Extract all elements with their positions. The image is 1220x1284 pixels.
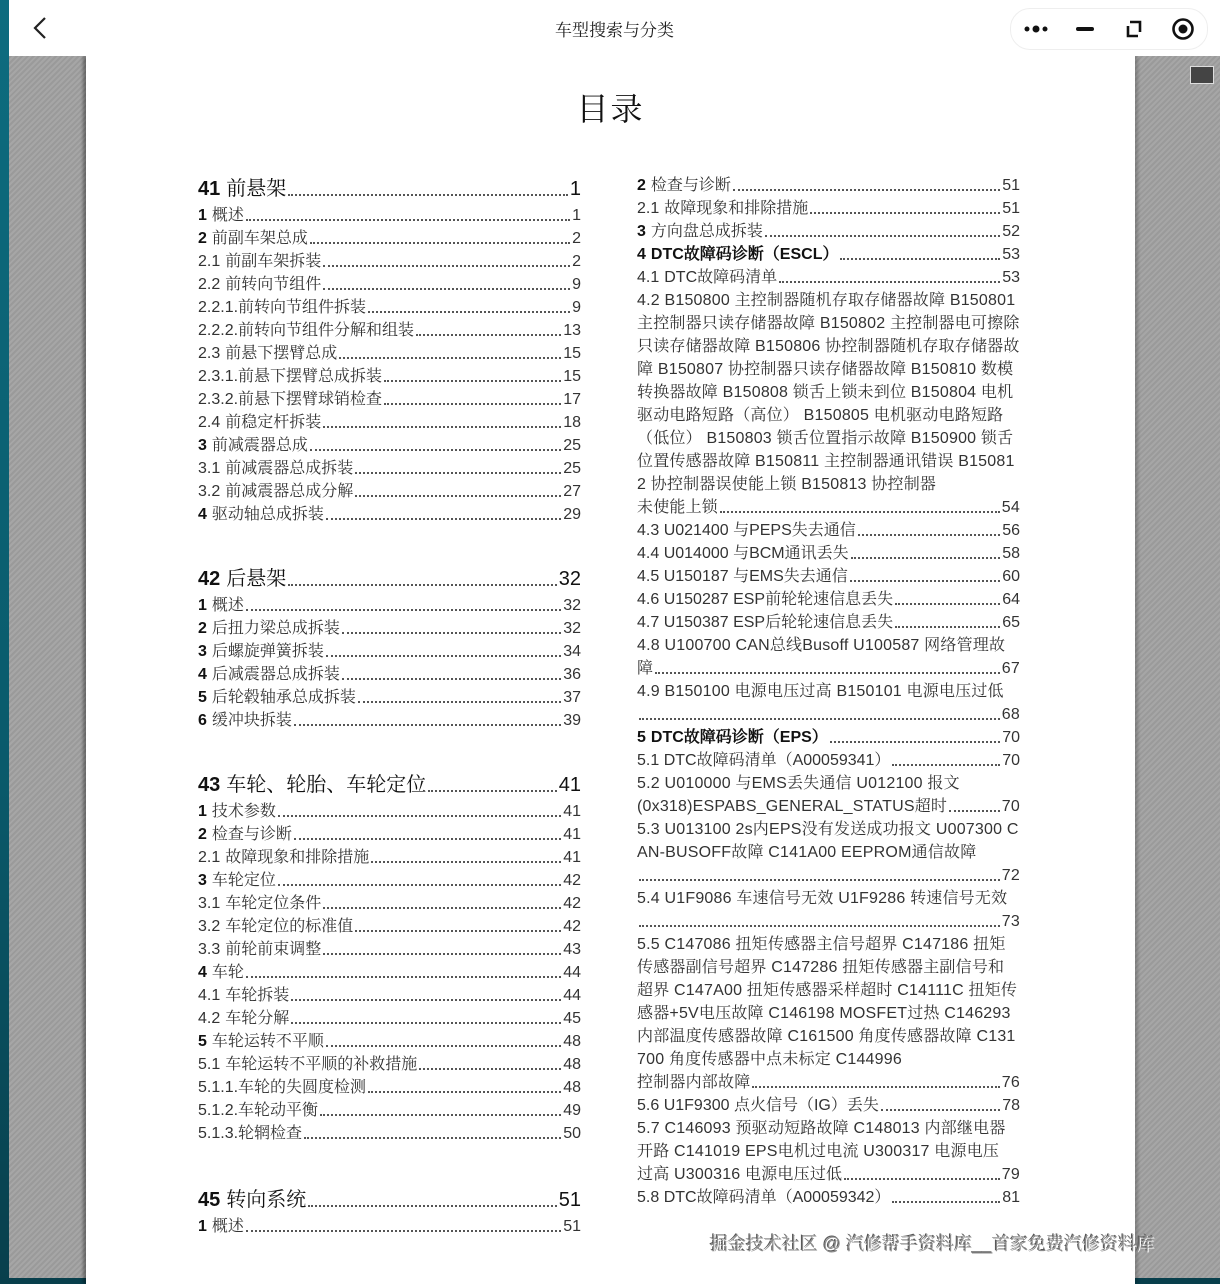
toc-entry[interactable]: 2检查与诊断51 — [637, 174, 1020, 197]
toc-entry[interactable]: 2.2前转向节组件9 — [198, 273, 581, 296]
toc-entry[interactable]: 4车轮44 — [198, 961, 581, 984]
toc-entry[interactable]: 5.8 DTC故障码清单（A00059342）81 — [637, 1186, 1020, 1209]
toc-entry[interactable]: 5.1车轮运转不平顺的补救措施48 — [198, 1053, 581, 1076]
toc-title: 目录 — [86, 84, 1135, 130]
toc-entry[interactable]: 3前减震器总成25 — [198, 434, 581, 457]
toc-entry[interactable]: 4驱动轴总成拆装29 — [198, 503, 581, 526]
toc-entry[interactable]: 4DTC故障码诊断（ESCL）53 — [637, 243, 1020, 266]
toc-entry[interactable]: 4后减震器总成拆装36 — [198, 663, 581, 686]
minimize-button[interactable] — [1067, 13, 1103, 45]
toc-entry[interactable]: 3.3前轮前束调整43 — [198, 938, 581, 961]
minimize-icon — [1075, 26, 1095, 32]
toc-entry[interactable]: 2.2.1.前转向节组件拆装9 — [198, 296, 581, 319]
toc-entry-multiline[interactable]: 4.9 B150100 电源电压过高 B150101 电源电压过低 68 — [637, 680, 1020, 726]
toc-entry[interactable]: 2.4前稳定杆拆装18 — [198, 411, 581, 434]
toc-entry[interactable]: 3方向盘总成拆装52 — [637, 220, 1020, 243]
document-page: 目录 41前悬架1 1概述1 2前副车架总成2 2.1前副车架拆装2 2.2前转… — [86, 56, 1135, 1284]
toc-entry-multiline[interactable]: 4.2 B150800 主控制器随机存取存储器故障 B150801 主控制器只读… — [637, 289, 1020, 519]
toc-right-column: 2检查与诊断51 2.1故障现象和排除措施51 3方向盘总成拆装52 4DTC故… — [637, 174, 1020, 1209]
toc-entry[interactable]: 2.3.1.前悬下摆臂总成拆装15 — [198, 365, 581, 388]
toc-entry[interactable]: 2.1故障现象和排除措施41 — [198, 846, 581, 869]
toc-chapter-41[interactable]: 41前悬架1 — [198, 174, 581, 204]
toc-entry[interactable]: 4.5 U150187 与EMS失去通信60 — [637, 565, 1020, 588]
toc-entry[interactable]: 2.2.2.前转向节组件分解和组装13 — [198, 319, 581, 342]
toc-entry[interactable]: 5DTC故障码诊断（EPS）70 — [637, 726, 1020, 749]
record-icon — [1171, 17, 1195, 41]
toc-chapter-43[interactable]: 43车轮、轮胎、车轮定位41 — [198, 770, 581, 800]
toc-entry[interactable]: 3.1前减震器总成拆装25 — [198, 457, 581, 480]
top-navigation-bar: 车型搜索与分类 — [9, 0, 1220, 56]
watermark: 掘金技术社区 @ 汽修帮手资料库__首家免费汽修资料库 — [710, 1230, 1154, 1256]
toc-entry[interactable]: 4.2车轮分解45 — [198, 1007, 581, 1030]
toc-entry[interactable]: 3.2车轮定位的标准值42 — [198, 915, 581, 938]
toc-entry[interactable]: 1概述32 — [198, 594, 581, 617]
mini-program-capsule — [1010, 8, 1208, 50]
toc-entry[interactable]: 4.7 U150387 ESP后轮轮速信息丢失65 — [637, 611, 1020, 634]
toc-entry[interactable]: 4.1车轮拆装44 — [198, 984, 581, 1007]
toc-entry[interactable]: 4.4 U014000 与BCM通讯丢失58 — [637, 542, 1020, 565]
toc-entry[interactable]: 4.6 U150287 ESP前轮轮速信息丢失64 — [637, 588, 1020, 611]
toc-entry[interactable]: 4.1DTC故障码清单53 — [637, 266, 1020, 289]
toc-entry[interactable]: 5.1.1.车轮的失圆度检测48 — [198, 1076, 581, 1099]
restore-button[interactable] — [1116, 13, 1152, 45]
toc-entry-multiline[interactable]: 4.8 U100700 CAN总线Busoff U100587 网络管理故 障6… — [637, 634, 1020, 680]
toc-entry[interactable]: 5.1.2.车轮动平衡49 — [198, 1099, 581, 1122]
toc-chapter-45[interactable]: 45转向系统51 — [198, 1185, 581, 1215]
toc-entry-multiline[interactable]: 5.7 C146093 预驱动短路故障 C148013 内部继电器开路 C141… — [637, 1117, 1020, 1186]
toc-entry[interactable]: 3后螺旋弹簧拆装34 — [198, 640, 581, 663]
toc-entry-multiline[interactable]: 5.3 U013100 2s内EPS没有发送成功报文 U007300 CAN-B… — [637, 818, 1020, 887]
toc-entry[interactable]: 2前副车架总成2 — [198, 227, 581, 250]
toc-entry[interactable]: 2后扭力梁总成拆装32 — [198, 617, 581, 640]
toc-entry[interactable]: 5.6 U1F9300 点火信号（IG）丢失78 — [637, 1094, 1020, 1117]
toc-entry[interactable]: 3.1车轮定位条件42 — [198, 892, 581, 915]
toc-entry[interactable]: 6缓冲块拆装39 — [198, 709, 581, 732]
toc-entry[interactable]: 5.1 DTC故障码清单（A00059341）70 — [637, 749, 1020, 772]
restore-icon — [1124, 19, 1144, 39]
toc-entry[interactable]: 3.2前减震器总成分解27 — [198, 480, 581, 503]
toc-entry[interactable]: 5后轮毂轴承总成拆装37 — [198, 686, 581, 709]
toc-entry-multiline[interactable]: 5.4 U1F9086 车速信号无效 U1F9286 转速信号无效 73 — [637, 887, 1020, 933]
toc-entry-multiline[interactable]: 5.5 C147086 扭矩传感器主信号超界 C147186 扭矩传感器副信号超… — [637, 933, 1020, 1094]
more-icon — [1023, 24, 1049, 34]
page-thumbnail[interactable] — [1190, 66, 1214, 84]
toc-entry[interactable]: 5.1.3.轮辋检查50 — [198, 1122, 581, 1145]
toc-entry[interactable]: 1概述1 — [198, 204, 581, 227]
toc-entry[interactable]: 1概述51 — [198, 1215, 581, 1238]
toc-entry[interactable]: 2.1前副车架拆装2 — [198, 250, 581, 273]
toc-entry-multiline[interactable]: 5.2 U010000 与EMS丢失通信 U012100 报文 (0x318)E… — [637, 772, 1020, 818]
toc-entry[interactable]: 4.3 U021400 与PEPS失去通信56 — [637, 519, 1020, 542]
toc-chapter-42[interactable]: 42后悬架32 — [198, 564, 581, 594]
toc-entry[interactable]: 2.3.2.前悬下摆臂球销检查17 — [198, 388, 581, 411]
toc-entry[interactable]: 2.3前悬下摆臂总成15 — [198, 342, 581, 365]
record-button[interactable] — [1165, 13, 1201, 45]
toc-entry[interactable]: 5车轮运转不平顺48 — [198, 1030, 581, 1053]
toc-entry[interactable]: 2.1故障现象和排除措施51 — [637, 197, 1020, 220]
toc-left-column: 41前悬架1 1概述1 2前副车架总成2 2.1前副车架拆装2 2.2前转向节组… — [198, 174, 581, 1238]
more-button[interactable] — [1018, 13, 1054, 45]
toc-entry[interactable]: 2检查与诊断41 — [198, 823, 581, 846]
toc-entry[interactable]: 1技术参数41 — [198, 800, 581, 823]
toc-entry[interactable]: 3车轮定位42 — [198, 869, 581, 892]
